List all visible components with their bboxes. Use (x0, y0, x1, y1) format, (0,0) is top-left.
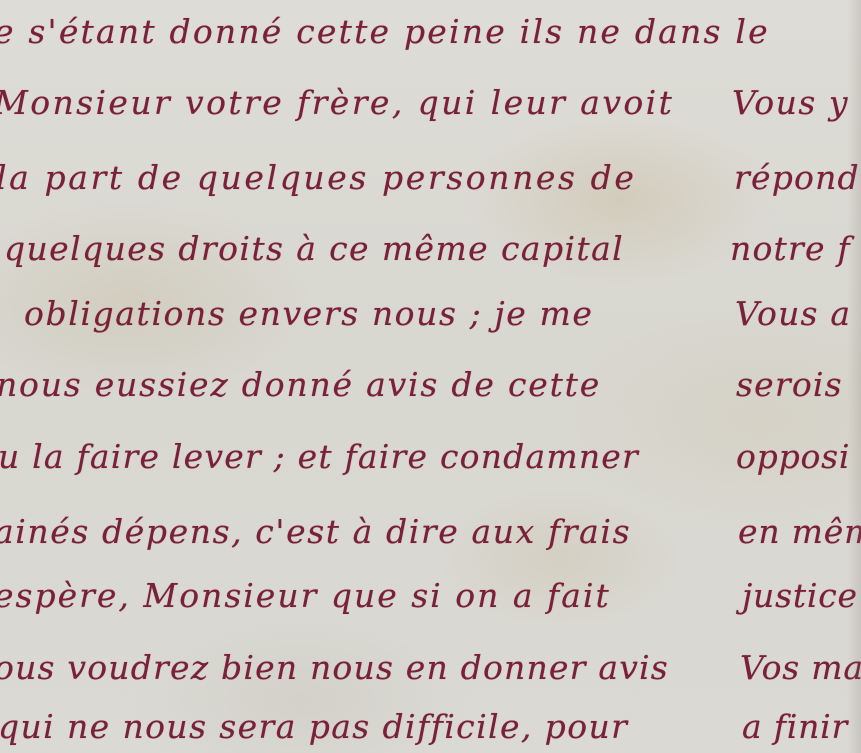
line-11-text: qui ne nous sera pas difficile, pour (0, 707, 628, 746)
manuscript-page: e s'étant donné cette peine ils ne dans … (0, 0, 861, 753)
line-5-margin-text: Vous a (735, 294, 851, 333)
line-1-text: e s'étant donné cette peine ils ne dans … (0, 12, 770, 51)
manuscript-line-1: e s'étant donné cette peine ils ne dans … (0, 12, 861, 57)
line-2-text: Monsieur votre frère, qui leur avoit (0, 83, 674, 122)
manuscript-line-10: ous voudrez bien nous en donner avis Vos… (0, 648, 861, 693)
line-10-margin-text: Vos ma (740, 648, 861, 687)
manuscript-line-5: obligations envers nous ; je me Vous a (0, 294, 861, 339)
line-6-text: nous eussiez donné avis de cette (0, 365, 601, 404)
manuscript-line-9: espère, Monsieur que si on a fait justic… (0, 576, 861, 621)
manuscript-line-6: nous eussiez donné avis de cette serois (0, 365, 861, 410)
line-7-margin-text: opposi (736, 437, 850, 476)
line-7-text: u la faire lever ; et faire condamner (0, 437, 639, 476)
manuscript-line-8: ainés dépens, c'est à dire aux frais en … (0, 512, 861, 557)
line-9-margin-text: justice (742, 576, 858, 615)
manuscript-line-4: quelques droits à ce même capital notre … (0, 229, 861, 274)
line-6-margin-text: serois (736, 365, 843, 404)
line-3-text: la part de quelques personnes de (0, 158, 637, 197)
line-11-margin-text: a finir (742, 707, 848, 746)
manuscript-line-3: la part de quelques personnes de répondi (0, 158, 861, 203)
line-9-text: espère, Monsieur que si on a fait (0, 576, 611, 615)
manuscript-line-7: u la faire lever ; et faire condamner op… (0, 437, 861, 482)
manuscript-line-11: qui ne nous sera pas difficile, pour a f… (0, 707, 861, 752)
line-10-text: ous voudrez bien nous en donner avis (0, 648, 669, 687)
line-8-margin-text: en mêm (738, 512, 861, 551)
line-4-margin-text: notre f (730, 229, 851, 268)
line-3-margin-text: répondi (734, 158, 861, 197)
line-4-text: quelques droits à ce même capital (4, 229, 624, 268)
line-2-margin-text: Vous y (732, 83, 849, 122)
line-8-text: ainés dépens, c'est à dire aux frais (0, 512, 631, 551)
manuscript-line-2: Monsieur votre frère, qui leur avoit Vou… (0, 83, 861, 128)
line-5-text: obligations envers nous ; je me (24, 294, 594, 333)
